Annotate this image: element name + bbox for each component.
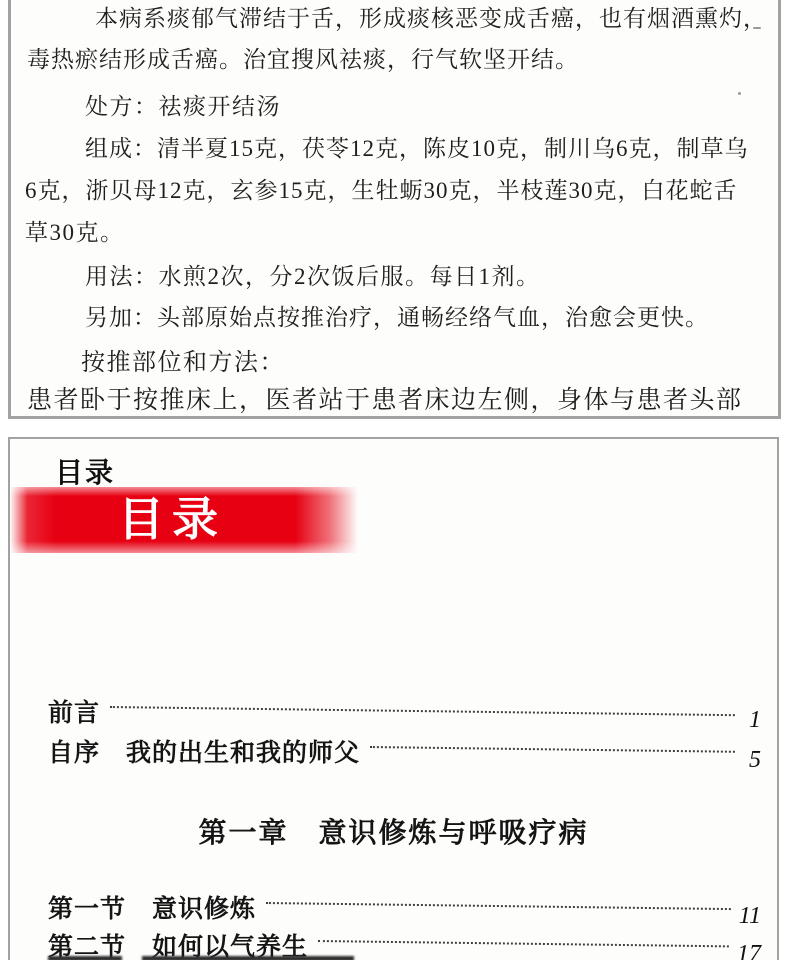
toc-page-scan[interactable]: 目录 目录 前言 1 自序 我的出生和我的师父 5 第一章 意识修炼与呼吸疗病 … xyxy=(8,437,779,960)
page-root: 本病系痰郁气滞结于舌，形成痰核恶变成舌癌，也有烟酒熏灼， 毒热瘀结形成舌癌。治宜… xyxy=(0,0,790,960)
ingredients-line: 组成：清半夏15克，茯苓12克，陈皮10克，制川乌6克，制草乌 xyxy=(85,130,749,163)
ingredients-line: 6克，浙贝母12克，玄参15克，生牡蛎30克，半枝莲30克，白花蛇舌 xyxy=(25,172,738,205)
cut-off-next-line xyxy=(48,956,122,960)
toc-entry-page-number: 17 xyxy=(737,941,761,960)
toc-heading: 目录 xyxy=(55,451,115,491)
scan-artifact xyxy=(738,92,741,95)
method-heading-line: 按推部位和方法： xyxy=(81,342,285,377)
toc-entry-preface: 前言 1 xyxy=(48,693,761,734)
toc-red-banner: 目录 xyxy=(10,487,358,553)
cut-off-next-line xyxy=(142,956,354,960)
body-text-line: 本病系痰郁气滞结于舌，形成痰核恶变成舌癌，也有烟酒熏灼， xyxy=(95,0,767,33)
addition-line: 另加：头部原始点按推治疗，通畅经络气血，治愈会更快。 xyxy=(85,299,709,332)
toc-chapter-heading: 第一章 意识修炼与呼吸疗病 xyxy=(10,811,777,851)
dot-leader xyxy=(110,693,735,716)
dot-leader xyxy=(370,733,735,753)
toc-entry-page-number: 11 xyxy=(739,903,761,930)
recipe-name-line: 处方：祛痰开结汤 xyxy=(85,88,281,121)
ingredients-line: 草30克。 xyxy=(25,214,125,247)
dot-leader xyxy=(266,889,731,910)
prescription-page-scan[interactable]: 本病系痰郁气滞结于舌，形成痰核恶变成舌癌，也有烟酒熏灼， 毒热瘀结形成舌癌。治宜… xyxy=(8,0,781,419)
toc-entry-page-number: 5 xyxy=(743,747,761,774)
toc-entry-page-number: 1 xyxy=(743,707,761,734)
dot-leader xyxy=(318,927,729,947)
body-text-line: 毒热瘀结形成舌癌。治宜搜风祛痰，行气软坚开结。 xyxy=(27,41,579,74)
toc-entry-self-preface: 自序 我的出生和我的师父 5 xyxy=(48,733,761,774)
toc-entry-label: 第一节 意识修炼 xyxy=(48,889,256,925)
body-text-line: 患者卧于按推床上，医者站于患者床边左侧，身体与患者头部 xyxy=(27,380,743,416)
scan-artifact xyxy=(753,27,761,29)
toc-entry-label: 前言 xyxy=(48,693,100,729)
toc-entry-section-1: 第一节 意识修炼 11 xyxy=(48,889,761,930)
toc-entry-label: 自序 我的出生和我的师父 xyxy=(48,733,360,769)
usage-line: 用法：水煎2次，分2次饭后服。每日1剂。 xyxy=(85,258,541,291)
toc-banner-title: 目录 xyxy=(8,487,346,551)
